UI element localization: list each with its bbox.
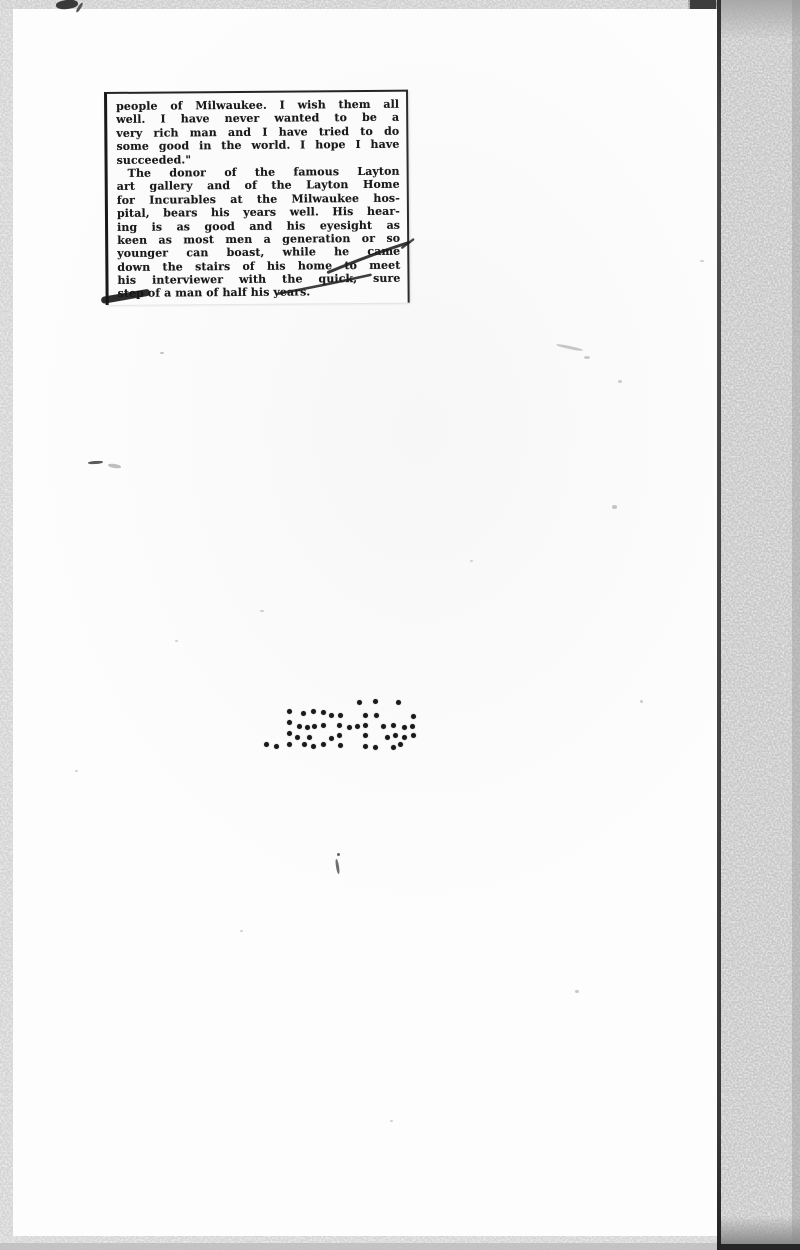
perforation-dot (393, 733, 398, 738)
perforation-dot (302, 742, 307, 747)
perforation-dot (311, 709, 316, 714)
scan-speck (175, 640, 178, 642)
perforation-dot (321, 742, 326, 747)
scan-edge-top-dark-mark (690, 0, 716, 9)
scan-edge-left (0, 0, 13, 1250)
perforation-dot (363, 733, 368, 738)
perforation-dot (357, 700, 362, 705)
scan-speck (108, 463, 121, 469)
pen-strokes-overlay (101, 92, 414, 310)
perforation-dot (321, 723, 326, 728)
perforation-dot (287, 720, 292, 725)
perforation-dot (274, 744, 279, 749)
perforation-dot (396, 700, 401, 705)
perforation-dot (287, 709, 292, 714)
perforation-dot (391, 723, 396, 728)
perforation-dot (402, 735, 407, 740)
scan-speck (337, 853, 340, 856)
perforation-dot (355, 724, 360, 729)
perforation-stamp (258, 692, 418, 756)
scan-speck (75, 770, 78, 772)
perforation-dot (307, 735, 312, 740)
perforation-dot (398, 742, 403, 747)
perforation-dot (411, 733, 416, 738)
scan-speck (575, 990, 579, 993)
grain-texture (0, 0, 800, 9)
scanned-page: people of Milwaukee. I wish them allwell… (0, 0, 800, 1250)
scan-edge-top (0, 0, 800, 9)
perforation-dot (402, 725, 407, 730)
perforation-dot (411, 714, 416, 719)
scan-speck (470, 560, 473, 562)
scan-speck (88, 460, 103, 464)
scan-speck (700, 260, 704, 262)
perforation-dot (329, 736, 334, 741)
perforation-dot (305, 725, 310, 730)
perforation-dot (381, 724, 386, 729)
perforation-dot (373, 699, 378, 704)
perforation-dot (329, 713, 334, 718)
perforation-dot (410, 724, 415, 729)
scan-speck (335, 859, 340, 874)
perforation-dot (287, 731, 292, 736)
perforation-dot (264, 742, 269, 747)
perforation-dot (312, 724, 317, 729)
perforation-dot (337, 723, 342, 728)
perforation-dot (297, 724, 302, 729)
scan-speck (240, 930, 243, 932)
scan-speck (584, 356, 590, 359)
perforation-dot (363, 713, 368, 718)
strip-top-shade (721, 0, 800, 40)
perforation-dot (373, 745, 378, 750)
perforation-dot (295, 735, 300, 740)
newspaper-clipping: people of Milwaukee. I wish them allwell… (104, 90, 410, 305)
strip-bottom-line (721, 1244, 800, 1250)
scan-speck (556, 343, 583, 352)
grain-texture (0, 0, 13, 1250)
grain-texture (721, 0, 800, 1250)
pen-stroke-meet (328, 243, 408, 273)
scan-speck (390, 1120, 393, 1122)
perforation-dot (374, 713, 379, 718)
perforation-dot (287, 742, 292, 747)
scan-speck (612, 505, 617, 509)
perforation-dot (363, 744, 368, 749)
perforation-dot (311, 744, 316, 749)
perforation-dot (363, 723, 368, 728)
perforation-dot (347, 725, 352, 730)
perforation-dot (338, 743, 343, 748)
perforation-dot (321, 710, 326, 715)
perforation-dot (337, 733, 342, 738)
page-edge-strip (721, 0, 800, 1250)
perforation-dot (301, 711, 306, 716)
scan-edge-bottom-shade (0, 1243, 800, 1250)
perforation-dot (391, 745, 396, 750)
perforation-dot (338, 713, 343, 718)
scan-speck (618, 380, 622, 383)
scan-speck (160, 352, 164, 354)
pen-stroke-years (278, 275, 370, 294)
scan-speck (640, 700, 643, 703)
perforation-dot (385, 735, 390, 740)
scan-speck (260, 610, 264, 612)
strip-bottom-shade (721, 1216, 800, 1244)
strip-right-shade (792, 0, 800, 1250)
pen-blot-step (105, 293, 147, 300)
